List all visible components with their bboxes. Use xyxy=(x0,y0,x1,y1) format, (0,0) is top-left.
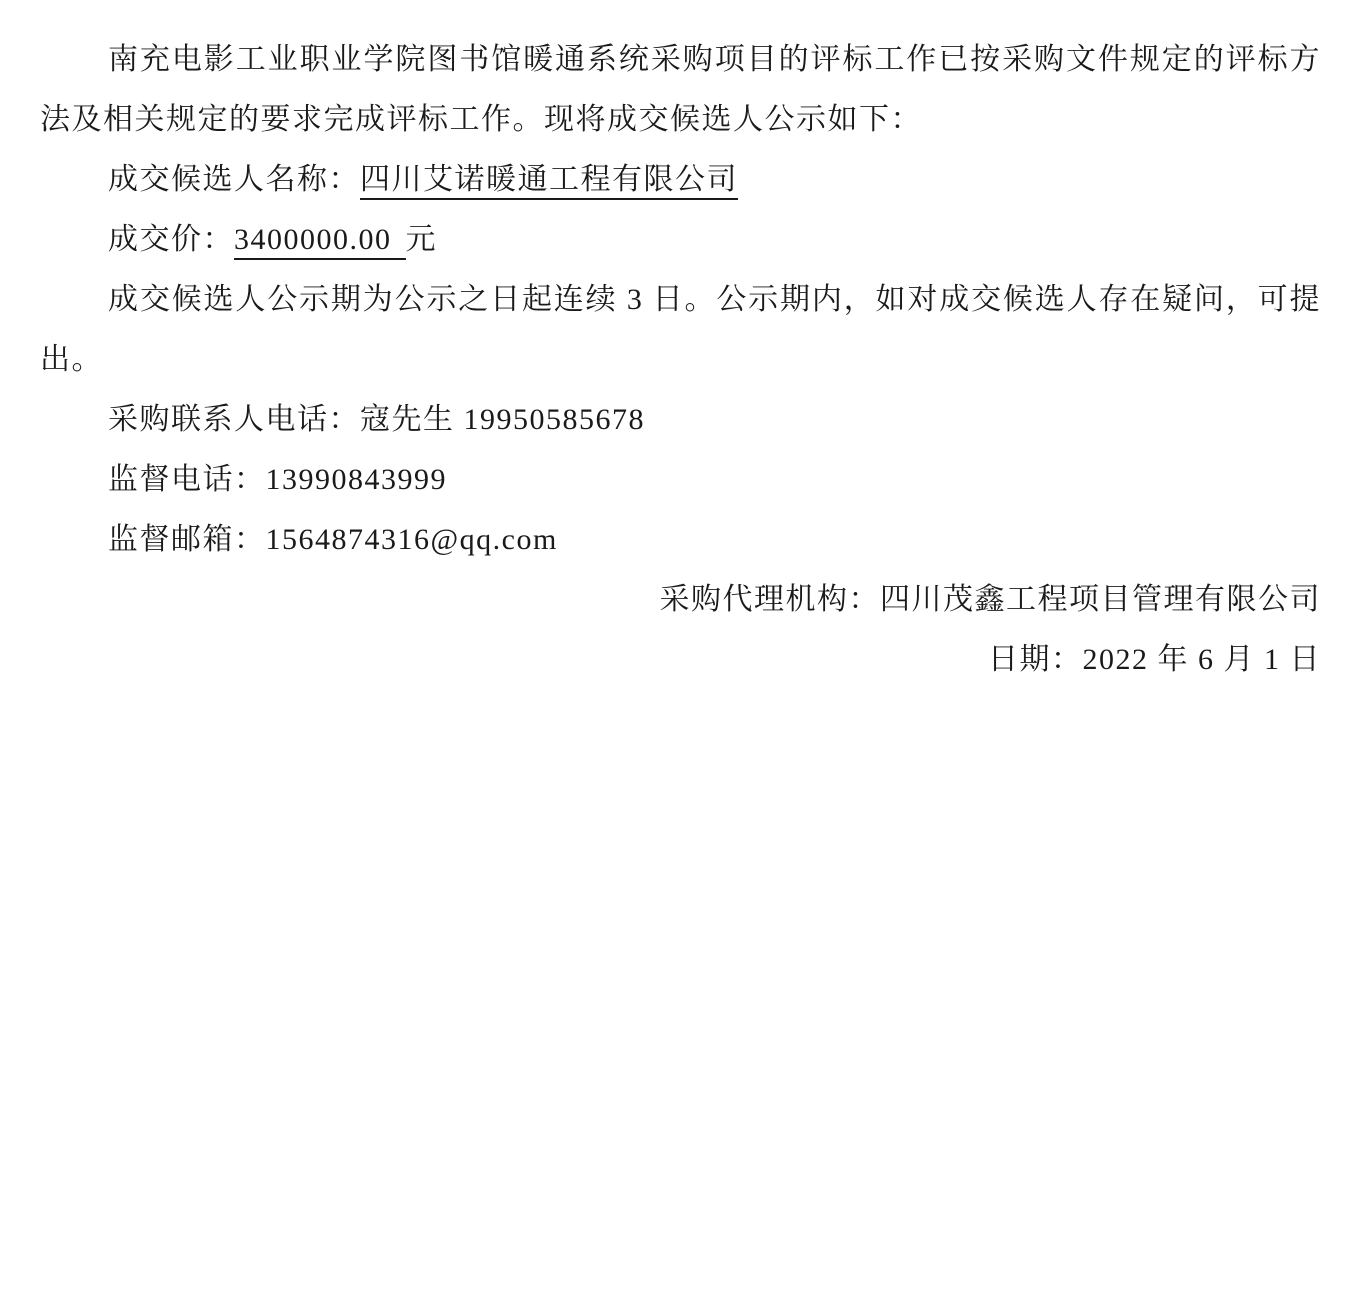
supervision-phone-label: 监督电话： xyxy=(108,463,266,496)
supervision-phone-line: 监督电话：13990843999 xyxy=(40,450,1321,510)
price-value: 3400000.00 xyxy=(234,223,406,260)
price-line: 成交价：3400000.00元 xyxy=(40,210,1321,270)
agency-name: 四川茂鑫工程项目管理有限公司 xyxy=(880,583,1321,616)
supervision-email-label: 监督邮箱： xyxy=(108,523,266,556)
agency-line: 采购代理机构：四川茂鑫工程项目管理有限公司 xyxy=(40,570,1321,630)
agency-label: 采购代理机构： xyxy=(660,583,881,616)
supervision-email-line: 监督邮箱：1564874316@qq.com xyxy=(40,510,1321,570)
supervision-email-value: 1564874316@qq.com xyxy=(266,523,558,556)
candidate-name-line: 成交候选人名称：四川艾诺暖通工程有限公司 xyxy=(40,150,1321,210)
contact-phone-label: 采购联系人电话： xyxy=(108,403,360,436)
date-value: 2022 年 6 月 1 日 xyxy=(1083,643,1322,676)
announcement-document-page: 南充电影工业职业学院图书馆暖通系统采购项目的评标工作已按采购文件规定的评标方法及… xyxy=(0,0,1359,1305)
supervision-phone-value: 13990843999 xyxy=(266,463,448,496)
date-line: 日期：2022 年 6 月 1 日 xyxy=(40,630,1321,690)
contact-phone-line: 采购联系人电话：寇先生 19950585678 xyxy=(40,390,1321,450)
price-label: 成交价： xyxy=(108,223,234,256)
date-label: 日期： xyxy=(988,643,1083,676)
intro-paragraph: 南充电影工业职业学院图书馆暖通系统采购项目的评标工作已按采购文件规定的评标方法及… xyxy=(40,30,1321,150)
contact-phone-value: 寇先生 19950585678 xyxy=(360,403,645,436)
candidate-name-value: 四川艾诺暖通工程有限公司 xyxy=(360,163,738,200)
price-unit: 元 xyxy=(406,223,438,256)
publicity-period-paragraph: 成交候选人公示期为公示之日起连续 3 日。公示期内，如对成交候选人存在疑问，可提… xyxy=(40,270,1321,390)
candidate-name-label: 成交候选人名称： xyxy=(108,163,360,196)
